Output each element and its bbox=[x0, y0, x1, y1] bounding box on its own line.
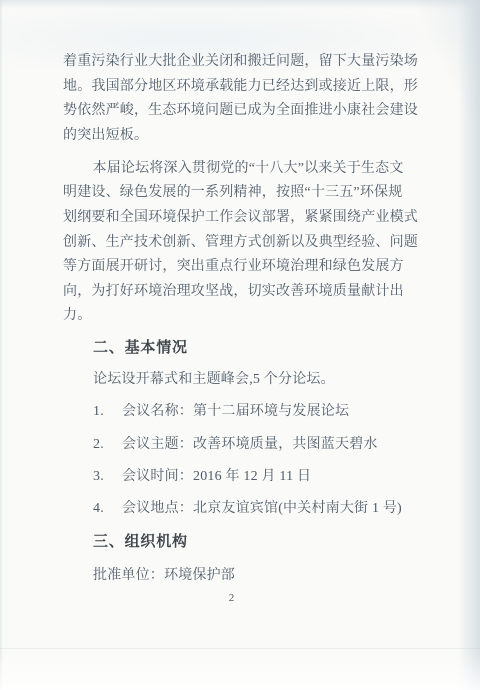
scan-edge-bottom bbox=[0, 649, 480, 690]
item-text: 会议地点：北京友谊宾馆(中关村南大街 1 号) bbox=[122, 501, 402, 516]
text-line: 着重污染行业大批企业关闭和搬迁问题，留下大量污染场 bbox=[63, 50, 419, 75]
text-line: 的突出短板。 bbox=[63, 124, 419, 149]
item-text: 会议时间：2016 年 12 月 11 日 bbox=[122, 469, 311, 484]
item-number: 3. bbox=[93, 465, 122, 490]
text-line: 等方面展开研讨，突出重点行业环境治理和绿色发展方 bbox=[63, 255, 419, 280]
section-heading-organization: 三、组织机构 bbox=[93, 530, 419, 555]
document-content: 着重污染行业大批企业关闭和搬迁问题，留下大量污染场 地。我国部分地区环境承载能力… bbox=[63, 50, 419, 589]
text-line: 本届论坛将深入贯彻党的“十八大”以来关于生态文 bbox=[63, 157, 419, 182]
scan-edge-top bbox=[0, 0, 480, 9]
paragraph-pollution-continuation: 着重污染行业大批企业关闭和搬迁问题，留下大量污染场 地。我国部分地区环境承载能力… bbox=[63, 50, 419, 148]
list-item: 4.会议地点：北京友谊宾馆(中关村南大街 1 号) bbox=[93, 497, 419, 522]
text-line: 划纲要和全国环境保护工作会议部署，紧紧围绕产业模式 bbox=[63, 206, 419, 231]
meeting-info-list: 1.会议名称：第十二届环境与发展论坛 2.会议主题：改善环境质量，共图蓝天碧水 … bbox=[93, 400, 419, 521]
approver-line: 批准单位：环境保护部 bbox=[93, 564, 419, 589]
list-item: 3.会议时间：2016 年 12 月 11 日 bbox=[93, 465, 419, 490]
page-number: 2 bbox=[0, 592, 463, 604]
item-text: 会议名称：第十二届环境与发展论坛 bbox=[122, 404, 349, 419]
text-line: 地。我国部分地区环境承载能力已经达到或接近上限，形 bbox=[63, 75, 419, 100]
text-line: 创新、生产技术创新、管理方式创新以及典型经验、问题 bbox=[63, 231, 419, 256]
item-number: 2. bbox=[93, 433, 122, 458]
text-line: 势依然严峻，生态环境问题已成为全面推进小康社会建设 bbox=[63, 99, 419, 124]
section-heading-basic-info: 二、基本情况 bbox=[93, 336, 419, 361]
list-item: 2.会议主题：改善环境质量，共图蓝天碧水 bbox=[93, 433, 419, 458]
scanned-document-page: 着重污染行业大批企业关闭和搬迁问题，留下大量污染场 地。我国部分地区环境承载能力… bbox=[0, 0, 480, 690]
scan-edge-left bbox=[0, 0, 3, 690]
text-line: 明建设、绿色发展的一系列精神，按照“十三五”环保规 bbox=[63, 181, 419, 206]
item-number: 1. bbox=[93, 400, 122, 425]
paragraph-forum-plan: 本届论坛将深入贯彻党的“十八大”以来关于生态文 明建设、绿色发展的一系列精神，按… bbox=[63, 157, 419, 329]
scan-edge-corner bbox=[410, 0, 480, 120]
text-line: 向，为打好环境治理攻坚战，切实改善环境质量献计出 bbox=[63, 280, 419, 305]
item-number: 4. bbox=[93, 497, 122, 522]
item-text: 会议主题：改善环境质量，共图蓝天碧水 bbox=[122, 437, 378, 452]
section-intro-line: 论坛设开幕式和主题峰会,5 个分论坛。 bbox=[93, 368, 419, 393]
text-line: 力。 bbox=[63, 304, 419, 329]
list-item: 1.会议名称：第十二届环境与发展论坛 bbox=[93, 400, 419, 425]
